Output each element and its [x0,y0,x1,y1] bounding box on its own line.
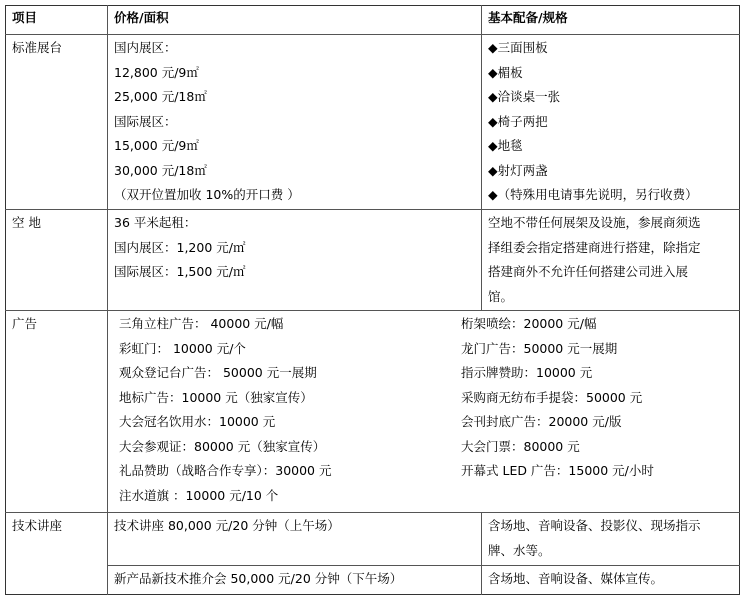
spec-line: 含场地、音响设备、投影仪、现场指示 [488,514,701,539]
row-divider-header [5,34,740,35]
spec-line: 空地不带任何展架及设施，参展商须选 [488,211,701,236]
raw-space-price: 36 平米起租： 国内展区：1,200 元/㎡ 国际展区：1,500 元/㎡ [114,211,245,285]
spec-line: 择组委会指定搭建商进行搭建，除指定 [488,236,701,261]
item-tech-lecture: 技术讲座 [12,514,62,539]
spec-line: 搭建商外不允许任何搭建公司进入展 [488,260,701,285]
lecture-morning-spec: 含场地、音响设备、投影仪、现场指示 牌、水等。 [488,514,701,563]
header-price: 价格/面积 [114,6,169,31]
spec-line: ◆射灯两盏 [488,159,698,184]
standard-booth-spec: ◆三面围板 ◆楣板 ◆洽谈桌一张 ◆椅子两把 ◆地毯 ◆射灯两盏 ◆（特殊用电请… [488,36,698,208]
ad-item: 三角立柱广告： 40000 元/幅 [119,312,332,337]
spec-line: ◆椅子两把 [488,110,698,135]
row-divider-lecture-sub [107,565,740,566]
item-raw-space: 空 地 [12,211,41,236]
advertising-left-list: 三角立柱广告： 40000 元/幅 彩虹门： 10000 元/个 观众登记台广告… [119,312,332,508]
lecture-morning-price: 技术讲座 80,000 元/20 分钟（上午场） [114,514,340,539]
col-divider-2-bottom [481,512,482,595]
spec-line: ◆洽谈桌一张 [488,85,698,110]
row-divider-ads [5,512,740,513]
price-line: （双开位置加收 10%的开口费 ） [114,183,300,208]
ad-item: 采购商无纺布手提袋：50000 元 [461,386,654,411]
ad-item: 地标广告：10000 元（独家宣传） [119,386,332,411]
ad-item: 大会参观证：80000 元（独家宣传） [119,435,332,460]
raw-space-spec: 空地不带任何展架及设施，参展商须选 择组委会指定搭建商进行搭建，除指定 搭建商外… [488,211,701,309]
spec-line: ◆（特殊用电请事先说明，另行收费） [488,183,698,208]
spec-line: 馆。 [488,285,701,310]
price-line: 36 平米起租： [114,211,245,236]
col-divider-1 [107,5,108,595]
ad-item: 龙门广告：50000 元一展期 [461,337,654,362]
price-line: 30,000 元/18㎡ [114,159,300,184]
ad-item: 开幕式 LED 广告：15000 元/小时 [461,459,654,484]
price-line: 国际展区：1,500 元/㎡ [114,260,245,285]
row-divider-standard [5,209,740,210]
ad-item: 大会门票：80000 元 [461,435,654,460]
item-advertising: 广告 [12,312,37,337]
ad-item: 大会冠名饮用水：10000 元 [119,410,332,435]
header-spec: 基本配备/规格 [488,6,568,31]
spec-line: ◆楣板 [488,61,698,86]
price-line: 15,000 元/9㎡ [114,134,300,159]
spec-line: 牌、水等。 [488,539,701,564]
spec-line: 含场地、音响设备、媒体宣传。 [488,567,663,592]
ad-item: 指示牌赞助：10000 元 [461,361,654,386]
spec-line: ◆三面围板 [488,36,698,61]
header-item: 项目 [12,6,37,31]
ad-item: 注水道旗 ：10000 元/10 个 [119,484,332,509]
price-line: 国内展区： [114,36,300,61]
ad-item: 观众登记台广告： 50000 元一展期 [119,361,332,386]
ad-item: 桁架喷绘：20000 元/幅 [461,312,654,337]
ad-item: 会刊封底广告：20000 元/版 [461,410,654,435]
price-line: 国内展区：1,200 元/㎡ [114,236,245,261]
item-standard-booth: 标准展台 [12,36,62,61]
price-line: 国际展区： [114,110,300,135]
standard-booth-price: 国内展区： 12,800 元/9㎡ 25,000 元/18㎡ 国际展区： 15,… [114,36,300,208]
ad-item: 礼品赞助（战略合作专享）：30000 元 [119,459,332,484]
price-line: 12,800 元/9㎡ [114,61,300,86]
ad-item: 彩虹门： 10000 元/个 [119,337,332,362]
col-divider-2-top [481,5,482,310]
advertising-right-list: 桁架喷绘：20000 元/幅 龙门广告：50000 元一展期 指示牌赞助：100… [461,312,654,484]
spec-line: ◆地毯 [488,134,698,159]
row-divider-space [5,310,740,311]
lecture-afternoon-spec: 含场地、音响设备、媒体宣传。 [488,567,663,592]
price-line: 25,000 元/18㎡ [114,85,300,110]
lecture-afternoon-price: 新产品新技术推介会 50,000 元/20 分钟（下午场） [114,567,402,592]
